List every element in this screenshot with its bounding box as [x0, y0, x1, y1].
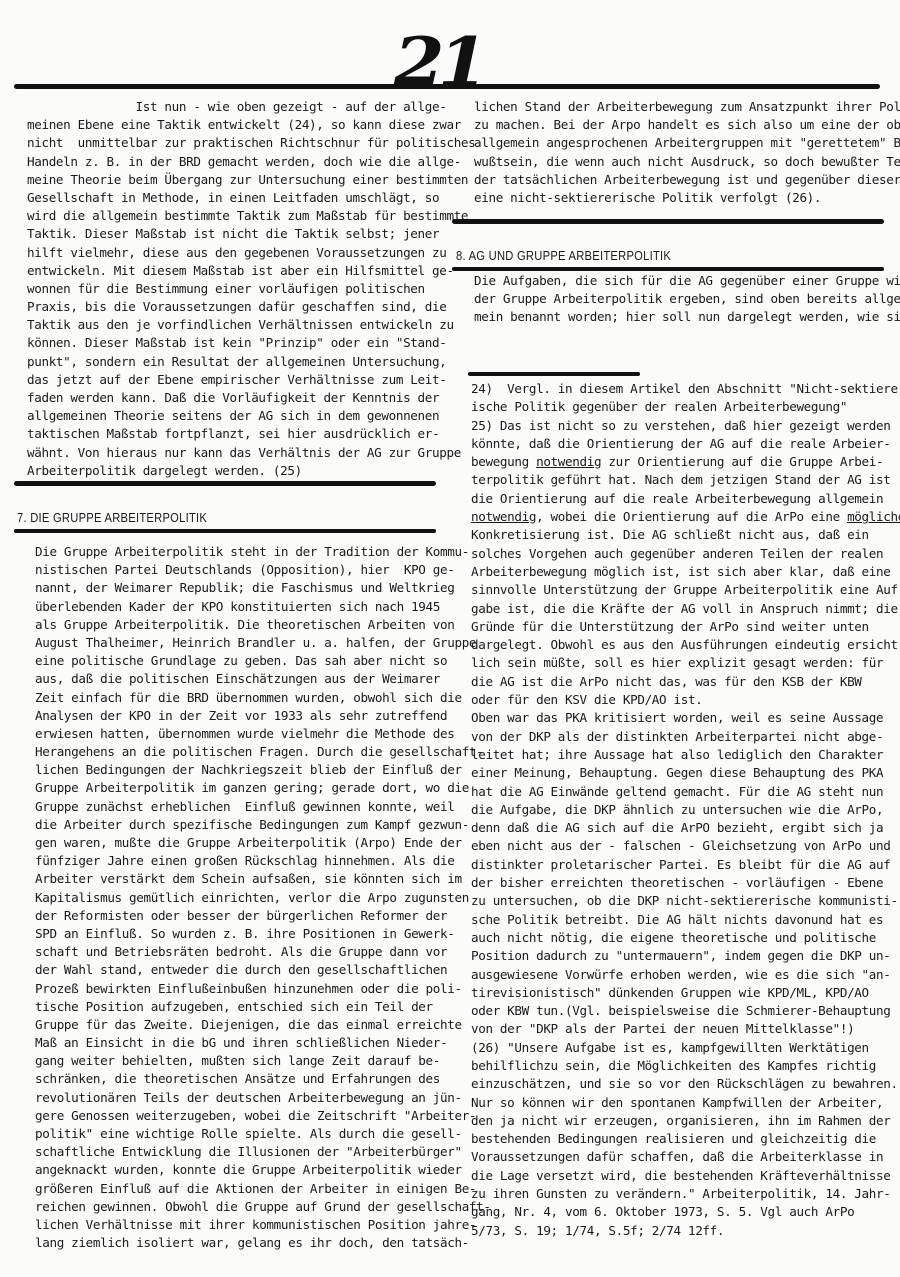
- text-line: lichen Bedingungen der Nachkriegszeit bl…: [35, 761, 491, 779]
- footnote-line: ausgewiesene Vorwürfe erhoben werden, wi…: [471, 966, 900, 984]
- footnote-line: oder für den KSV die KPD/AO ist.: [471, 691, 900, 709]
- text-line: politik" eine wichtige Rolle spielte. Al…: [35, 1125, 491, 1143]
- footnote-text: der bisher erreichten theoretischen - vo…: [471, 875, 883, 890]
- footnote-text: Position dadurch zu "untermauern", indem…: [471, 948, 890, 963]
- footnote-text: denn daß die AG sich auf die ArPO bezieh…: [471, 820, 883, 835]
- text-line: lichen Verhältnisse mit ihrer kommunisti…: [35, 1216, 491, 1234]
- footnote-line: dargelegt. Obwohl es aus den Ausführunge…: [471, 636, 900, 654]
- text-line: lichen Stand der Arbeiterbewegung zum An…: [474, 98, 900, 116]
- text-line: wird die allgemein bestimmte Taktik zum …: [27, 207, 475, 225]
- footnote-line: solches Vorgehen auch gegenüber anderen …: [471, 545, 900, 563]
- text-line: Die Gruppe Arbeiterpolitik steht in der …: [35, 543, 491, 561]
- footnote-text: Konkretisierung ist. Die AG schließt nic…: [471, 527, 869, 542]
- footnote-text: gang, Nr. 4, vom 6. Oktober 1973, S. 5. …: [471, 1204, 854, 1219]
- footnote-line: gang, Nr. 4, vom 6. Oktober 1973, S. 5. …: [471, 1203, 900, 1221]
- footnote-line: 24) Vergl. in diesem Artikel den Abschni…: [471, 380, 900, 398]
- footnote-line: Oben war das PKA kritisiert worden, weil…: [471, 709, 900, 727]
- footnote-line: 25) Das ist nicht so zu verstehen, daß h…: [471, 417, 900, 435]
- text-line: Herangehens an die politischen Fragen. D…: [35, 743, 491, 761]
- text-line: revolutionären Teils der deutschen Arbei…: [35, 1089, 491, 1107]
- text-line: Arbeiter verstärkt dem Schein aufsaßen, …: [35, 870, 491, 888]
- footnote-line: den ja nicht wir erzeugen, organisieren,…: [471, 1112, 900, 1130]
- text-line: nannt, der Weimarer Republik; die Faschi…: [35, 579, 491, 597]
- footnote-line: zu ihren Gunsten zu verändern." Arbeiter…: [471, 1185, 900, 1203]
- footnote-line: der bisher erreichten theoretischen - vo…: [471, 874, 900, 892]
- footnote-text: distinkter proletarischer Partei. Es ble…: [471, 857, 890, 872]
- text-line: Arbeiterpolitik dargelegt werden. (25): [27, 462, 475, 480]
- footnote-text: Voraussetzungen dafür schaffen, daß die …: [471, 1149, 883, 1164]
- footnote-line: Nur so können wir den spontanen Kampfwil…: [471, 1094, 900, 1112]
- footnote-line: Voraussetzungen dafür schaffen, daß die …: [471, 1148, 900, 1166]
- text-line: eine nicht-sektiererische Politik verfol…: [474, 189, 900, 207]
- footnote-text: Gründe für die Unterstützung der ArPo si…: [471, 619, 869, 634]
- text-line: Gruppe Arbeiterpolitik im ganzen gering;…: [35, 779, 491, 797]
- text-line: größeren Einfluß auf die Aktionen der Ar…: [35, 1180, 491, 1198]
- footnote-line: gabe ist, die die Kräfte der AG voll in …: [471, 600, 900, 618]
- text-line: meine Theorie beim Übergang zur Untersuc…: [27, 171, 475, 189]
- text-line: wonnen für die Bestimmung einer vorläufi…: [27, 280, 475, 298]
- footnote-text: auch nicht nötig, die eigene theoretisch…: [471, 930, 876, 945]
- text-line: Gesellschaft in Methode, in einen Leitfa…: [27, 189, 475, 207]
- footnote-text: könnte, daß die Orientierung der AG auf …: [471, 436, 890, 451]
- footnote-line: Arbeiterbewegung möglich ist, ist sich a…: [471, 563, 900, 581]
- footnote-text: oder KBW tun.(Vgl. beispielsweise die Sc…: [471, 1003, 890, 1018]
- text-line: lang ziemlich isoliert war, gelang es ih…: [35, 1234, 491, 1252]
- footnote-line: auch nicht nötig, die eigene theoretisch…: [471, 929, 900, 947]
- footnote-line: lich sein müßte, soll es hier explizit g…: [471, 654, 900, 672]
- footnote-text: von der "DKP als der Partei der neuen Mi…: [471, 1021, 854, 1036]
- text-line: tische Position aufzugeben, entschied si…: [35, 998, 491, 1016]
- footnote-text: 25) Das ist nicht so zu verstehen, daß h…: [471, 418, 890, 433]
- emphasized-word: notwendig: [471, 509, 536, 524]
- footnote-text: dargelegt. Obwohl es aus den Ausführunge…: [471, 637, 900, 652]
- text-line: Zeit einfach für die BRD übernommen wurd…: [35, 689, 491, 707]
- section-8-heading: 8. AG UND GRUPPE ARBEITERPOLITIK: [456, 248, 671, 263]
- text-line: meinen Ebene eine Taktik entwickelt (24)…: [27, 116, 475, 134]
- text-line: gen waren, mußte die Gruppe Arbeiterpoli…: [35, 834, 491, 852]
- emphasized-word: notwendig: [536, 454, 601, 469]
- footnote-line: hat die AG Einwände geltend gemacht. Für…: [471, 783, 900, 801]
- footnote-text: behilflichzu sein, die Möglichkeiten des…: [471, 1058, 876, 1073]
- header-rule: [14, 84, 880, 89]
- footnote-line: bestehenden Bedingungen realisieren und …: [471, 1130, 900, 1148]
- footnote-text: leitet hat; ihre Aussage hat also ledigl…: [471, 747, 883, 762]
- footnote-text: , wobei die Orientierung auf die ArPo ei…: [536, 509, 847, 524]
- text-line: erwiesen hatten, übernommen wurde vielme…: [35, 725, 491, 743]
- text-line: wähnt. Von hieraus nur kann das Verhältn…: [27, 444, 475, 462]
- text-line: Kapitalismus gemütlich einrichten, verlo…: [35, 889, 491, 907]
- footnote-line: zu untersuchen, ob die DKP nicht-sektier…: [471, 892, 900, 910]
- footnote-text: zu ihren Gunsten zu verändern." Arbeiter…: [471, 1186, 890, 1201]
- text-line: Ist nun - wie oben gezeigt - auf der all…: [27, 98, 475, 116]
- footnote-line: bewegung notwendig zur Orientierung auf …: [471, 453, 900, 471]
- footnote-line: distinkter proletarischer Partei. Es ble…: [471, 856, 900, 874]
- footnote-text: sche Politik betreibt. Die AG hält nicht…: [471, 912, 883, 927]
- text-line: der Wahl stand, entweder die durch den g…: [35, 961, 491, 979]
- text-line: fünfziger Jahre einen großen Rückschlag …: [35, 852, 491, 870]
- text-line: nistischen Partei Deutschlands (Oppositi…: [35, 561, 491, 579]
- footnote-text: oder für den KSV die KPD/AO ist.: [471, 692, 702, 707]
- footnote-line: könnte, daß die Orientierung der AG auf …: [471, 435, 900, 453]
- text-line: faden werden kann. Daß die Vorläufigkeit…: [27, 389, 475, 407]
- text-line: angeknackt wurden, konnte die Gruppe Arb…: [35, 1161, 491, 1179]
- text-line: Praxis, bis die Voraussetzungen dafür ge…: [27, 298, 475, 316]
- section-7-heading: 7. DIE GRUPPE ARBEITERPOLITIK: [17, 510, 207, 525]
- footnote-text: ische Politik gegenüber der realen Arbei…: [471, 399, 847, 414]
- footnote-line: denn daß die AG sich auf die ArPO bezieh…: [471, 819, 900, 837]
- footnote-text: 5/73, S. 19; 1/74, S.5f; 2/74 12ff.: [471, 1223, 724, 1238]
- footnote-text: Nur so können wir den spontanen Kampfwil…: [471, 1095, 883, 1110]
- footnote-line: Position dadurch zu "untermauern", indem…: [471, 947, 900, 965]
- footnote-text: einzuschätzen, und sie so vor den Rücksc…: [471, 1076, 898, 1091]
- footnote-text: tirevisionistisch" dünkenden Gruppen wie…: [471, 985, 869, 1000]
- text-line: wußtsein, die wenn auch nicht Ausdruck, …: [474, 153, 900, 171]
- text-line: August Thalheimer, Heinrich Brandler u. …: [35, 634, 491, 652]
- footnote-line: tirevisionistisch" dünkenden Gruppen wie…: [471, 984, 900, 1002]
- text-line: allgemein angesprochenen Arbeitergruppen…: [474, 134, 900, 152]
- footnote-text: zur Orientierung auf die Gruppe Arbei-: [601, 454, 883, 469]
- footnote-text: die Lage versetzt wird, die bestehenden …: [471, 1168, 890, 1183]
- footnote-text: Oben war das PKA kritisiert worden, weil…: [471, 710, 883, 725]
- footnote-line: behilflichzu sein, die Möglichkeiten des…: [471, 1057, 900, 1075]
- text-line: gang weiter behielten, mußten sich lange…: [35, 1052, 491, 1070]
- footnote-line: sche Politik betreibt. Die AG hält nicht…: [471, 911, 900, 929]
- text-line: eine politische Grundlage zu geben. Das …: [35, 652, 491, 670]
- text-line: der Reformisten oder besser der bürgerli…: [35, 907, 491, 925]
- text-line: Die Aufgaben, die sich für die AG gegenü…: [474, 272, 900, 290]
- footnote-text: terpolitik geführt hat. Nach dem jetzige…: [471, 472, 890, 487]
- footnote-line: die Lage versetzt wird, die bestehenden …: [471, 1167, 900, 1185]
- footnote-text: die Orientierung auf die reale Arbeiterb…: [471, 491, 883, 506]
- footnote-text: sinnvolle Unterstützung der Gruppe Arbei…: [471, 582, 900, 597]
- text-line: überlebenden Kader der KPO konstituierte…: [35, 598, 491, 616]
- left-intro-text: Ist nun - wie oben gezeigt - auf der all…: [27, 98, 475, 480]
- text-line: Analysen der KPO in der Zeit vor 1933 al…: [35, 707, 491, 725]
- text-line: gere Genossen weiterzugeben, wobei die Z…: [35, 1107, 491, 1125]
- text-line: schaft und Betriebsräten bedroht. Als di…: [35, 943, 491, 961]
- section-divider-rule: [452, 219, 884, 224]
- text-line: Gruppe zunächst erheblichen Einfluß gewi…: [35, 798, 491, 816]
- footnote-text: die Aufgabe, die DKP ähnlich zu untersuc…: [471, 802, 883, 817]
- footnote-text: von der DKP als der distinkten Arbeiterp…: [471, 729, 883, 744]
- footnote-text: die AG ist die ArPo nicht das, was für d…: [471, 674, 862, 689]
- text-line: aus, daß die politischen Einschätzungen …: [35, 670, 491, 688]
- footnote-line: ische Politik gegenüber der realen Arbei…: [471, 398, 900, 416]
- section-8-body: Die Aufgaben, die sich für die AG gegenü…: [474, 272, 900, 327]
- text-line: als Gruppe Arbeiterpolitik. Die theoreti…: [35, 616, 491, 634]
- footnote-text: zu untersuchen, ob die DKP nicht-sektier…: [471, 893, 898, 908]
- footnote-text: bewegung: [471, 454, 536, 469]
- footnote-text: hat die AG Einwände geltend gemacht. Für…: [471, 784, 883, 799]
- footnote-line: von der "DKP als der Partei der neuen Mi…: [471, 1020, 900, 1038]
- section-heading-rule: [452, 267, 884, 271]
- text-line: Gruppe für das Zweite. Diejenigen, die d…: [35, 1016, 491, 1034]
- footnote-line: einer Meinung, Behauptung. Gegen diese B…: [471, 764, 900, 782]
- footnote-text: 24) Vergl. in diesem Artikel den Abschni…: [471, 381, 900, 396]
- footnote-line: leitet hat; ihre Aussage hat also ledigl…: [471, 746, 900, 764]
- text-line: taktischen Maßstab fortpflanzt, sei hier…: [27, 425, 475, 443]
- footnote-rule: [468, 372, 640, 376]
- text-line: Handeln z. B. in der BRD gemacht werden,…: [27, 153, 475, 171]
- footnote-line: terpolitik geführt hat. Nach dem jetzige…: [471, 471, 900, 489]
- footnote-line: die AG ist die ArPo nicht das, was für d…: [471, 673, 900, 691]
- section-divider-rule: [14, 481, 436, 486]
- footnote-line: Konkretisierung ist. Die AG schließt nic…: [471, 526, 900, 544]
- text-line: zu machen. Bei der Arpo handelt es sich …: [474, 116, 900, 134]
- text-line: das jetzt auf der Ebene empirischer Verh…: [27, 371, 475, 389]
- footnote-line: einzuschätzen, und sie so vor den Rücksc…: [471, 1075, 900, 1093]
- section-heading-rule: [14, 529, 436, 533]
- text-line: allgemeinen Theorie seitens der AG sich …: [27, 407, 475, 425]
- text-line: Maß an Einsicht in die bG und ihren schl…: [35, 1034, 491, 1052]
- text-line: der Gruppe Arbeiterpolitik ergeben, sind…: [474, 290, 900, 308]
- emphasized-word: mögliche: [847, 509, 900, 524]
- text-line: schränken, die theoretischen Ansätze und…: [35, 1070, 491, 1088]
- footnote-text: ausgewiesene Vorwürfe erhoben werden, wi…: [471, 967, 890, 982]
- text-line: der tatsächlichen Arbeiterbewegung ist u…: [474, 171, 900, 189]
- text-line: können. Dieser Maßstab ist kein "Prinzip…: [27, 334, 475, 352]
- text-line: entwickeln. Mit diesem Maßstab ist aber …: [27, 262, 475, 280]
- footnote-text: gabe ist, die die Kräfte der AG voll in …: [471, 601, 898, 616]
- footnote-line: 5/73, S. 19; 1/74, S.5f; 2/74 12ff.: [471, 1222, 900, 1240]
- footnote-line: die Orientierung auf die reale Arbeiterb…: [471, 490, 900, 508]
- text-line: hilft vielmehr, diese aus den gegebenen …: [27, 244, 475, 262]
- footnotes: 24) Vergl. in diesem Artikel den Abschni…: [471, 380, 900, 1240]
- footnote-text: lich sein müßte, soll es hier explizit g…: [471, 655, 883, 670]
- footnote-line: (26) "Unsere Aufgabe ist es, kampfgewill…: [471, 1039, 900, 1057]
- footnote-text: Arbeiterbewegung möglich ist, ist sich a…: [471, 564, 890, 579]
- text-line: Taktik. Dieser Maßstab ist nicht die Tak…: [27, 225, 475, 243]
- footnote-line: notwendig, wobei die Orientierung auf di…: [471, 508, 900, 526]
- text-line: Taktik aus den je vorfindlichen Verhältn…: [27, 316, 475, 334]
- footnote-text: einer Meinung, Behauptung. Gegen diese B…: [471, 765, 883, 780]
- section-7-body: Die Gruppe Arbeiterpolitik steht in der …: [35, 543, 491, 1252]
- footnote-line: die Aufgabe, die DKP ähnlich zu untersuc…: [471, 801, 900, 819]
- footnote-text: solches Vorgehen auch gegenüber anderen …: [471, 546, 883, 561]
- text-line: mein benannt worden; hier soll nun darge…: [474, 308, 900, 326]
- footnote-text: bestehenden Bedingungen realisieren und …: [471, 1131, 876, 1146]
- text-line: punkt", sondern ein Resultat der allgeme…: [27, 353, 475, 371]
- footnote-text: den ja nicht wir erzeugen, organisieren,…: [471, 1113, 890, 1128]
- page-number: 21: [394, 34, 482, 90]
- text-line: Prozeß bewirkten Einflußeinbußen hinzune…: [35, 980, 491, 998]
- footnote-line: von der DKP als der distinkten Arbeiterp…: [471, 728, 900, 746]
- text-line: nicht unmittelbar zur praktischen Richts…: [27, 134, 475, 152]
- text-line: reichen gewinnen. Obwohl die Gruppe auf …: [35, 1198, 491, 1216]
- text-line: SPD an Einfluß. So wurden z. B. ihre Pos…: [35, 925, 491, 943]
- text-line: schaftliche Entwicklung die Illusionen d…: [35, 1143, 491, 1161]
- footnote-text: eben nicht aus der - falschen - Gleichse…: [471, 838, 890, 853]
- text-line: die Arbeiter durch spezifische Bedingung…: [35, 816, 491, 834]
- footnote-line: Gründe für die Unterstützung der ArPo si…: [471, 618, 900, 636]
- footnote-line: eben nicht aus der - falschen - Gleichse…: [471, 837, 900, 855]
- right-continuation-text: lichen Stand der Arbeiterbewegung zum An…: [474, 98, 900, 207]
- footnote-line: oder KBW tun.(Vgl. beispielsweise die Sc…: [471, 1002, 900, 1020]
- footnote-line: sinnvolle Unterstützung der Gruppe Arbei…: [471, 581, 900, 599]
- footnote-text: (26) "Unsere Aufgabe ist es, kampfgewill…: [471, 1040, 869, 1055]
